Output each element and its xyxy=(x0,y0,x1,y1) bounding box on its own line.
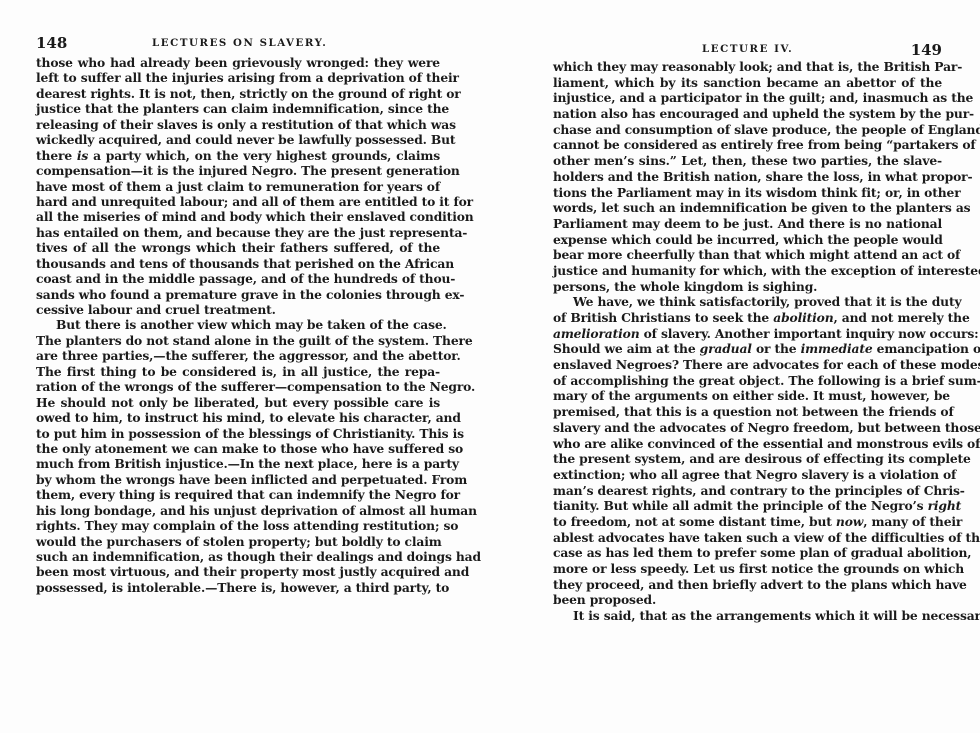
text-line: chase and consumption of slave produce, … xyxy=(553,122,942,138)
text-line: much from British injustice.—In the next… xyxy=(36,456,440,471)
text-line: coast and in the middle passage, and of … xyxy=(36,271,440,286)
text-line: which they may reasonably look; and that… xyxy=(553,59,942,75)
running-head: LECTURES ON SLAVERY. xyxy=(152,37,327,49)
text-line: left to suffer all the injuries arising … xyxy=(36,70,440,85)
text-line: nation also has encouraged and upheld th… xyxy=(553,106,942,122)
text-line: cannot be considered as entirely free fr… xyxy=(553,137,942,153)
right-page-header: LECTURE IV. 149 xyxy=(553,40,942,58)
text-line: words, let such an indemnification be gi… xyxy=(553,200,942,216)
text-line: premised, that this is a question not be… xyxy=(553,404,942,420)
text-line: cessive labour and cruel treatment. xyxy=(36,302,440,317)
text-line: It is said, that as the arrangements whi… xyxy=(553,608,942,624)
text-line: his long bondage, and his unjust depriva… xyxy=(36,503,440,518)
text-line: the present system, and are desirous of … xyxy=(553,451,942,467)
text-line: all the miseries of mind and body which … xyxy=(36,209,440,224)
text-line: The planters do not stand alone in the g… xyxy=(36,333,440,348)
text-line: The first thing to be considered is, in … xyxy=(36,364,440,379)
text-line: liament, which by its sanction became an… xyxy=(553,75,942,91)
left-page-body: those who had already been grievously wr… xyxy=(36,55,440,595)
text-line: owed to him, to instruct his mind, to el… xyxy=(36,410,440,425)
text-line: who are alike convinced of the essential… xyxy=(553,436,942,452)
text-line: of accomplishing the great object. The f… xyxy=(553,373,942,389)
text-line: ration of the wrongs of the sufferer—com… xyxy=(36,379,440,394)
page-number: 148 xyxy=(36,34,67,52)
text-line: enslaved Negroes? There are advocates fo… xyxy=(553,357,942,373)
text-line: tions the Parliament may in its wisdom t… xyxy=(553,185,942,201)
text-line: other men’s sins.” Let, then, these two … xyxy=(553,153,942,169)
text-line: thousands and tens of thousands that per… xyxy=(36,256,440,271)
text-line: to put him in possession of the blessing… xyxy=(36,426,440,441)
text-line: ablest advocates have taken such a view … xyxy=(553,530,942,546)
text-line: the only atonement we can make to those … xyxy=(36,441,440,456)
text-line: justice that the planters can claim inde… xyxy=(36,101,440,116)
text-line: they proceed, and then briefly advert to… xyxy=(553,577,942,593)
text-line: man’s dearest rights, and contrary to th… xyxy=(553,483,942,499)
text-line: by whom the wrongs have been inflicted a… xyxy=(36,472,440,487)
right-page: LECTURE IV. 149 which they may reasonabl… xyxy=(553,0,942,733)
text-line: more or less speedy. Let us first notice… xyxy=(553,561,942,577)
text-line: have most of them a just claim to remune… xyxy=(36,179,440,194)
text-line: would the purchasers of stolen property;… xyxy=(36,534,440,549)
text-line: possessed, is intolerable.—There is, how… xyxy=(36,580,440,595)
text-line: rights. They may complain of the loss at… xyxy=(36,518,440,533)
text-line: hard and unrequited labour; and all of t… xyxy=(36,194,440,209)
text-line: justice and humanity for which, with the… xyxy=(553,263,942,279)
text-line: been proposed. xyxy=(553,592,942,608)
text-line: tianity. But while all admit the princip… xyxy=(553,498,942,514)
text-line: wickedly acquired, and could never be la… xyxy=(36,132,440,147)
text-line: case as has led them to prefer some plan… xyxy=(553,545,942,561)
text-line: them, every thing is required that can i… xyxy=(36,487,440,502)
text-line: compensation—it is the injured Negro. Th… xyxy=(36,163,440,178)
text-line: there is a party which, on the very high… xyxy=(36,148,440,163)
text-line: such an indemnification, as though their… xyxy=(36,549,440,564)
text-line: of British Christians to seek the abolit… xyxy=(553,310,942,326)
text-line: Parliament may deem to be just. And ther… xyxy=(553,216,942,232)
text-line: Should we aim at the gradual or the imme… xyxy=(553,341,942,357)
text-line: But there is another view which may be t… xyxy=(36,317,440,332)
text-line: expense which could be incurred, which t… xyxy=(553,232,942,248)
text-line: those who had already been grievously wr… xyxy=(36,55,440,70)
text-line: slavery and the advocates of Negro freed… xyxy=(553,420,942,436)
text-line: bear more cheerfully than that which mig… xyxy=(553,247,942,263)
text-line: tives of all the wrongs which their fath… xyxy=(36,240,440,255)
text-line: sands who found a premature grave in the… xyxy=(36,287,440,302)
right-page-body: which they may reasonably look; and that… xyxy=(553,59,942,624)
text-line: We have, we think satisfactorily, proved… xyxy=(553,294,942,310)
text-line: He should not only be liberated, but eve… xyxy=(36,395,440,410)
text-line: mary of the arguments on either side. It… xyxy=(553,388,942,404)
page-number: 149 xyxy=(911,41,942,59)
text-line: are three parties,—the sufferer, the agg… xyxy=(36,348,440,363)
text-line: amelioration of slavery. Another importa… xyxy=(553,326,942,342)
left-page-header: 148 LECTURES ON SLAVERY. xyxy=(36,34,440,52)
running-head: LECTURE IV. xyxy=(702,43,793,55)
text-line: has entailed on them, and because they a… xyxy=(36,225,440,240)
text-line: to freedom, not at some distant time, bu… xyxy=(553,514,942,530)
text-line: persons, the whole kingdom is sighing. xyxy=(553,279,942,295)
text-line: releasing of their slaves is only a rest… xyxy=(36,117,440,132)
text-line: injustice, and a participator in the gui… xyxy=(553,90,942,106)
left-page: 148 LECTURES ON SLAVERY. those who had a… xyxy=(36,0,440,733)
text-line: dearest rights. It is not, then, strictl… xyxy=(36,86,440,101)
text-line: been most virtuous, and their property m… xyxy=(36,564,440,579)
text-line: holders and the British nation, share th… xyxy=(553,169,942,185)
text-line: extinction; who all agree that Negro sla… xyxy=(553,467,942,483)
